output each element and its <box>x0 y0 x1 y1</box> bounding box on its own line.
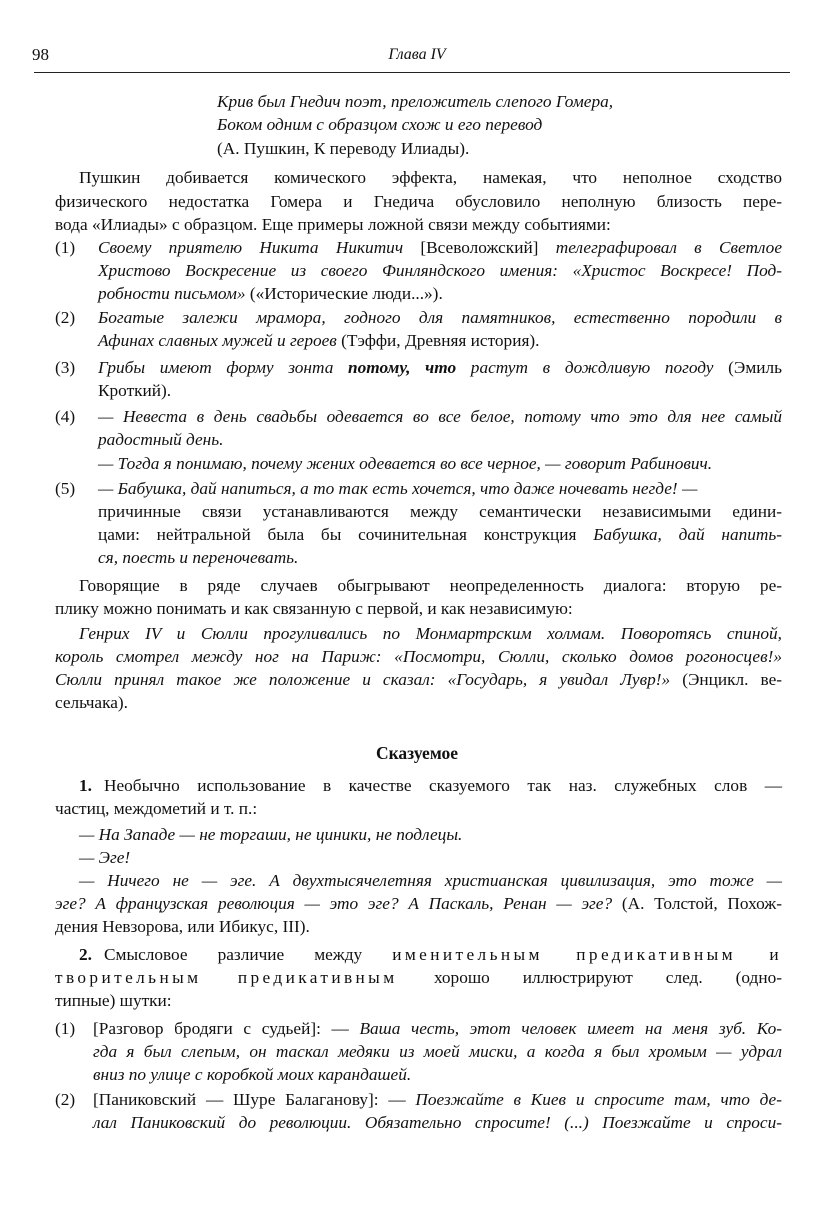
text-line: Генрих IV и Сюлли прогуливались по Монма… <box>79 622 782 646</box>
roman-text: цами: нейтральной была бы сочинительная … <box>98 525 593 544</box>
section-heading: Сказуемое <box>0 741 834 765</box>
item-number: (3) <box>55 356 75 380</box>
italic-text: робности письмом» <box>98 284 250 303</box>
text-line: Своему приятелю Никита Никитич [Всеволож… <box>98 236 782 260</box>
text-line: Кроткий). <box>98 379 171 403</box>
roman-text: (Энцикл. ве- <box>682 670 782 689</box>
text-line: Смысловое различие между именительным пр… <box>104 943 782 967</box>
text-line: Говорящие в ряде случаев обыгрывают неоп… <box>79 574 782 598</box>
italic-text: растут в дождливую погоду <box>471 358 728 377</box>
italic-text: Грибы имеют форму зонта <box>98 358 348 377</box>
text-line: Афинах славных мужей и героев (Тэффи, Др… <box>98 329 539 353</box>
dialogue-line: — Эге! <box>79 846 130 870</box>
roman-text: [Разговор бродяги с судьей]: — <box>93 1019 359 1038</box>
italic-text: эге? А французская революция — это эге? … <box>55 894 622 913</box>
spaced-text: творительным предикативным <box>55 968 434 987</box>
item-number: (4) <box>55 405 75 429</box>
epigraph-source: (А. Пушкин, К переводу Илиады). <box>217 137 469 161</box>
text-line: творительным предикативным хорошо иллюст… <box>55 966 782 990</box>
epigraph-line: Боком одним с образцом схож и его перево… <box>217 113 542 137</box>
italic-text: Бабушка, дай напить- <box>593 525 782 544</box>
text-line: сельчака). <box>55 691 128 715</box>
item-number: (5) <box>55 477 75 501</box>
epigraph-line: Крив был Гнедич поэт, преложитель слепог… <box>217 90 613 114</box>
text-line: плику можно понимать и как связанную с п… <box>55 597 573 621</box>
text-line: Сюлли принял такое же положение и сказал… <box>55 668 782 692</box>
italic-text: Ваша честь, этот человек имеет на меня з… <box>359 1019 782 1038</box>
roman-text: Смысловое различие между <box>104 945 392 964</box>
text-line: вода «Илиады» с образцом. Еще примеры ло… <box>55 213 611 237</box>
text-line: — Невеста в день свадьбы одевается во вс… <box>98 405 782 429</box>
bold-text: потому, что <box>348 358 471 377</box>
italic-text: Афинах славных мужей и героев <box>98 331 341 350</box>
item-number: (2) <box>55 1088 75 1112</box>
item-number: (1) <box>55 1017 75 1041</box>
text-line: робности письмом» («Исторические люди...… <box>98 282 443 306</box>
text-line: Грибы имеют форму зонта потому, что раст… <box>98 356 782 380</box>
text-line: физического недостатка Гомера и Гнедича … <box>55 190 782 214</box>
running-title: Глава IV <box>0 44 834 66</box>
roman-text: (А. Толстой, Похож- <box>622 894 782 913</box>
text-line: Необычно использование в качестве сказуе… <box>104 774 782 798</box>
roman-text: (Тэффи, Древняя история). <box>341 331 539 350</box>
book-page: 98 Глава IV Крив был Гнедич поэт, прелож… <box>0 0 834 1230</box>
text-line: Пушкин добивается комического эффекта, н… <box>79 166 782 190</box>
text-line: гда я был слепым, он таскал медяки из мо… <box>93 1040 782 1064</box>
text-line: Христово Воскресение из своего Финляндск… <box>98 259 782 283</box>
text-line: Богатые залежи мрамора, годного для памя… <box>98 306 782 330</box>
text-line: дения Невзорова, или Ибикус, III). <box>55 915 310 939</box>
text-line: [Паниковский — Шуре Балаганову]: — Поезж… <box>93 1088 782 1112</box>
dialogue-line: эге? А французская революция — это эге? … <box>55 892 782 916</box>
header-rule <box>34 72 790 73</box>
roman-text: [Всеволожский] <box>420 238 555 257</box>
text-line: — Тогда я понимаю, почему жених одеваетс… <box>98 452 712 476</box>
roman-text: («Исторические люди...»). <box>250 284 443 303</box>
spaced-text: именительным предикативным и <box>392 945 782 964</box>
text-line: ся, поесть и переночевать. <box>98 546 298 570</box>
dialogue-line: — Ничего не — эге. А двухтысячелетняя хр… <box>79 869 782 893</box>
text-line: [Разговор бродяги с судьей]: — Ваша чест… <box>93 1017 782 1041</box>
italic-text: Своему приятелю Никита Никитич <box>98 238 420 257</box>
italic-text: телеграфировал в Светлое <box>556 238 782 257</box>
text-line: вниз по улице с коробкой моих карандашей… <box>93 1063 411 1087</box>
text-line: цами: нейтральной была бы сочинительная … <box>98 523 782 547</box>
text-line: частиц, междометий и т. п.: <box>55 797 257 821</box>
text-line: — Бабушка, дай напиться, а то так есть х… <box>98 477 697 501</box>
roman-text: [Паниковский — Шуре Балаганову]: — <box>93 1090 415 1109</box>
paragraph-number: 1. <box>79 774 92 798</box>
dialogue-line: — На Западе — не торгаши, не циники, не … <box>79 823 462 847</box>
roman-text: хорошо иллюстрируют след. (одно- <box>434 968 782 987</box>
text-line: король смотрел между ног на Париж: «Посм… <box>55 645 782 669</box>
text-line: причинные связи устанавливаются между се… <box>98 500 782 524</box>
text-line: лал Паниковский до революции. Обязательн… <box>93 1111 782 1135</box>
italic-text: Поезжайте в Киев и спросите там, что де- <box>415 1090 782 1109</box>
item-number: (1) <box>55 236 75 260</box>
paragraph-number: 2. <box>79 943 92 967</box>
italic-text: Сюлли принял такое же положение и сказал… <box>55 670 682 689</box>
text-line: радостный день. <box>98 428 223 452</box>
item-number: (2) <box>55 306 75 330</box>
roman-text: (Эмиль <box>728 358 782 377</box>
text-line: типные) шутки: <box>55 989 172 1013</box>
